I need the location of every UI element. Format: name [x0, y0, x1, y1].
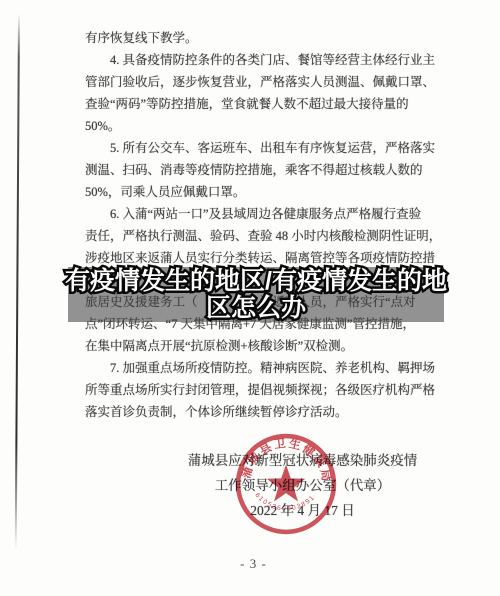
svg-text:6105260003891: 6105260003891 [253, 492, 316, 513]
seal-serial-number: 6105260003891 [253, 492, 316, 513]
document-line: 落实首诊负责制，个体诊所继续暂停诊疗活动。 [85, 401, 437, 423]
page-fold-line [15, 14, 20, 550]
overlay-title-banner: 有疫情发生的地区/有疫情发生的地 区怎么办 [68, 267, 444, 322]
document-line: 管部门验收后，逐步恢复营业，严格落实人员测温、佩戴口罩、 [85, 71, 437, 93]
overlay-title-line-2: 区怎么办 [206, 295, 306, 322]
document-line: 责任，严格执行测温、验码、查验 48 小时内核酸检测阴性证明， [85, 225, 437, 247]
star-icon [267, 465, 306, 502]
document-line: 50%，司乘人员应佩戴口罩。 [85, 181, 437, 203]
document-lines: 有序恢复线下教学。4. 具备疫情防控条件的各类门店、餐馆等经营主体经行业主管部门… [85, 27, 437, 423]
scanned-document-page: 有序恢复线下教学。4. 具备疫情防控条件的各类门店、餐馆等经营主体经行业主管部门… [0, 0, 500, 596]
overlay-title-line-1: 有疫情发生的地区/有疫情发生的地 [65, 268, 447, 295]
document-line: 4. 具备疫情防控条件的各类门店、餐馆等经营主体经行业主 [85, 49, 437, 71]
document-line: 查验“两码”等防控措施，堂食就餐人数不超过最大接待量的 [85, 93, 437, 115]
document-line: 6. 入蒲“两站一口”及县域周边各健康服务点严格履行查验 [85, 203, 437, 225]
document-line: 5. 所有公交车、客运班车、出租车有序恢复运营，严格落实 [85, 137, 437, 159]
page-number: - 3 - [85, 556, 422, 572]
document-line: 测温、扫码、消毒等疫情防控措施，乘客不得超过核载人数的 [85, 159, 437, 181]
document-line: 涉疫地区来返蒲人员实行分类转运、隔离管控等各项疫情防控措 [85, 247, 437, 269]
document-line: 所等重点场所实行封闭管理，提倡视频探视；各级医疗机构严格 [85, 379, 437, 401]
official-seal-stamp: 蒲城县卫生健康局 6105260003891 [233, 431, 339, 537]
document-line: 7. 加强重点场所疫情防控。精神病医院、养老机构、羁押场 [85, 357, 437, 379]
document-line: 在集中隔离点开展“抗原检测+核酸诊断”双检测。 [85, 335, 437, 357]
document-line: 50%。 [85, 115, 437, 137]
document-line: 有序恢复线下教学。 [85, 27, 437, 49]
